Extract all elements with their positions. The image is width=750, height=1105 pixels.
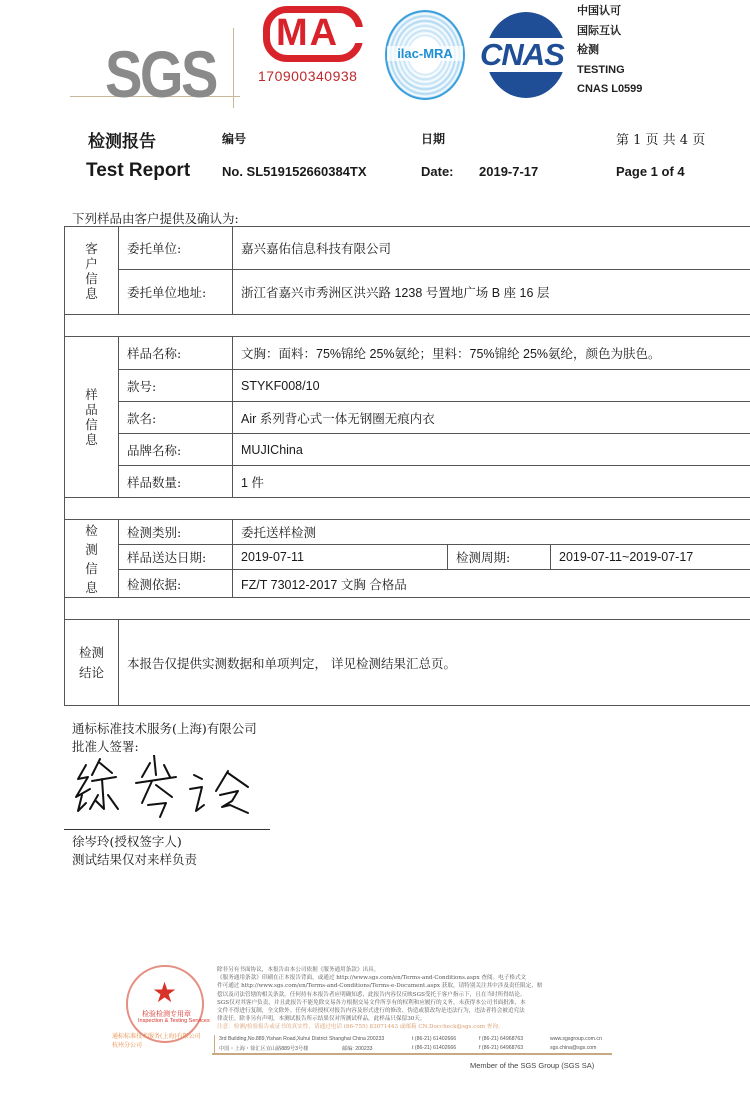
style-name-label: 款名: — [119, 402, 233, 434]
client-group-label: 客户信息 — [65, 227, 119, 315]
address-en: 3rd Building,No.889,Yishan Road,Xuhui Di… — [219, 1036, 366, 1042]
brand-name-label: 品牌名称: — [119, 434, 233, 466]
client-name-label: 委托单位: — [119, 227, 233, 270]
cnas-logo: CNAS — [478, 12, 570, 98]
sample-group-label: 样品信息 — [65, 337, 119, 498]
page-indicator: Page 1 of 4 — [616, 164, 685, 179]
fine-print-line: SGS仅对其客户负责，并且此报告不能免除交易各方根据交易文件所享有的权利和应履行… — [217, 999, 597, 1007]
handwritten-signature-icon — [72, 755, 262, 827]
report-title-en: Test Report — [86, 160, 190, 182]
conclusion-group-label: 检测结论 — [65, 620, 119, 706]
logo-rule-vertical — [233, 28, 234, 108]
cma-letters: MA — [276, 12, 339, 55]
test-type-value: 委托送样检测 — [233, 520, 750, 545]
sample-row: 款名: Air 系列背心式一体无钢圈无痕内衣 — [65, 402, 750, 434]
fine-print-line: 《服务通用条款》印刷在正本报告背面，或通过 http://www.sgs.com… — [217, 974, 597, 982]
fine-print-line: 件可通过 http://www.sgs.com/en/Terms-and-Con… — [217, 982, 597, 990]
cnas-logo-text: CNAS — [478, 38, 566, 72]
cma-number: 170900340938 — [258, 68, 357, 84]
test-type-label: 检测类别: — [119, 520, 233, 545]
ilac-logo-text: ilac-MRA — [387, 46, 463, 61]
cma-logo: MA 170900340938 — [258, 6, 368, 86]
sample-row: 样品数量: 1 件 — [65, 466, 750, 498]
spacer-row — [65, 598, 750, 620]
star-icon: ★ — [152, 979, 177, 1007]
ilac-mra-logo: ilac-MRA — [385, 10, 465, 100]
approver-label: 批准人签署: — [72, 737, 139, 755]
testing-row: 样品送达日期: 2019-07-11 检测周期: 2019-07-11~2019… — [65, 545, 750, 570]
cnas-accreditation-text: 中国认可 国际互认 检测 TESTING CNAS L0599 — [577, 2, 642, 100]
fax-cn: f (86-21) 64968763 — [479, 1045, 523, 1051]
stamp-english-text: Inspection & Testing Services — [138, 1018, 210, 1024]
client-address-label: 委托单位地址: — [119, 270, 233, 315]
test-basis-label: 检测依据: — [119, 570, 233, 598]
report-number-label-cn: 编号 — [222, 130, 246, 147]
sample-name-value: 文胸：面料：75%锦纶 25%氨纶；里料：75%锦纶 25%氨纶，颜色为肤色。 — [233, 337, 750, 370]
test-period-label: 检测周期: — [448, 545, 551, 570]
client-address-value: 浙江省嘉兴市秀洲区洪兴路 1238 号置地广场 B 座 16 层 — [233, 270, 750, 315]
intro-text: 下列样品由客户提供及确认为: — [72, 209, 239, 227]
disclaimer-note: 测试结果仅对来样负责 — [72, 850, 197, 868]
sgs-member-text: Member of the SGS Group (SGS SA) — [470, 1061, 594, 1070]
cnas-line-4: TESTING — [577, 61, 642, 81]
postcode-en: 200233 — [367, 1036, 384, 1042]
testing-row: 检测信息 检测类别: 委托送样检测 — [65, 520, 750, 545]
email-link[interactable]: sgs.china@sgs.com — [550, 1045, 597, 1051]
spacer-row — [65, 498, 750, 520]
cnas-line-3: 检测 — [577, 41, 642, 61]
report-title-cn: 检测报告 — [88, 127, 156, 152]
testing-group-label: 检测信息 — [65, 520, 119, 598]
cnas-line-2: 国际互认 — [577, 22, 642, 42]
cnas-line-1: 中国认可 — [577, 2, 642, 22]
testing-row: 检测依据: FZ/T 73012-2017 文胸 合格品 — [65, 570, 750, 598]
stamp-branch-line: 杭州分公司 — [112, 1040, 142, 1049]
fine-print-line: 律责任。除非另有声明，本测试报告所示结果仅对所测试样品，此样品只保留30天。 — [217, 1015, 597, 1023]
signer-name: 徐岑玲(授权签字人) — [72, 832, 182, 850]
sgs-logo-text: SGS — [105, 36, 216, 112]
style-name-value: Air 系列背心式一体无钢圈无痕内衣 — [233, 402, 750, 434]
spacer-cell — [65, 498, 750, 520]
client-name-value: 嘉兴嘉佑信息科技有限公司 — [233, 227, 750, 270]
official-stamp: ★ 检验检测专用章 Inspection & Testing Services … — [112, 965, 220, 1040]
report-date-label: Date: — [421, 164, 454, 179]
spacer-cell — [65, 315, 750, 337]
website-link[interactable]: www.sgsgroup.com.cn — [550, 1036, 602, 1042]
authenticity-warning: 注意：检测/检验报告或证书的真实性，请通过电话 (86-755) 8307144… — [217, 1023, 597, 1031]
address-cn: 中国・上海・徐汇区宜山路889号3号楼 — [219, 1045, 308, 1052]
cnas-line-5: CNAS L0599 — [577, 80, 642, 100]
test-period-value: 2019-07-11~2019-07-17 — [551, 545, 750, 570]
spacer-cell — [65, 598, 750, 620]
received-date-label: 样品送达日期: — [119, 545, 233, 570]
client-row: 客户信息 委托单位: 嘉兴嘉佑信息科技有限公司 — [65, 227, 750, 270]
sample-row: 样品信息 样品名称: 文胸：面料：75%锦纶 25%氨纶；里料：75%锦纶 25… — [65, 337, 750, 370]
page-indicator-cn: 第 1 页 共 4 页 — [616, 129, 705, 148]
conclusion-row: 检测结论 本报告仅提供实测数据和单项判定， 详见检测结果汇总页。 — [65, 620, 750, 706]
test-basis-value: FZ/T 73012-2017 文胸 合格品 — [233, 570, 750, 598]
sample-row: 品牌名称: MUJIChina — [65, 434, 750, 466]
conclusion-text: 本报告仅提供实测数据和单项判定， 详见检测结果汇总页。 — [119, 620, 750, 706]
lab-company-name: 通标标准技术服务(上海)有限公司 — [72, 719, 257, 737]
received-date-value: 2019-07-11 — [233, 545, 448, 570]
signature-line — [64, 829, 270, 830]
sample-quantity-label: 样品数量: — [119, 466, 233, 498]
sample-row: 款号: STYKF008/10 — [65, 370, 750, 402]
footer-divider-vertical — [214, 1035, 215, 1055]
report-date-value: 2019-7-17 — [479, 164, 538, 179]
fine-print-line: 文件不得进行复制，全文除外。任何未经授权对报告内容及形式进行的修改、伪造或篡改均… — [217, 1007, 597, 1015]
footer-divider — [212, 1053, 612, 1055]
spacer-row — [65, 315, 750, 337]
fax-en: f (86-21) 64968763 — [479, 1036, 523, 1042]
phone-cn: t (86-21) 61402666 — [412, 1045, 456, 1051]
postcode-cn: 邮编: 200233 — [342, 1045, 373, 1052]
fine-print-line: 偿以及司法管辖的相关条款。任何持有本报告者应明确知悉，此报告内容仅反映SGS受托… — [217, 991, 597, 999]
sgs-logo: SGS — [95, 28, 245, 108]
sample-name-label: 样品名称: — [119, 337, 233, 370]
report-info-table: 客户信息 委托单位: 嘉兴嘉佑信息科技有限公司 委托单位地址: 浙江省嘉兴市秀洲… — [64, 226, 750, 706]
sample-quantity-value: 1 件 — [233, 466, 750, 498]
client-row: 委托单位地址: 浙江省嘉兴市秀洲区洪兴路 1238 号置地广场 B 座 16 层 — [65, 270, 750, 315]
report-date-label-cn: 日期 — [421, 130, 445, 147]
fine-print-line: 除非另有书面协议，本报告由本公司依据《服务通用条款》出具。 — [217, 966, 597, 974]
brand-name-value: MUJIChina — [233, 434, 750, 466]
phone-en: t (86-21) 61402666 — [412, 1036, 456, 1042]
stamp-company-line: 通标标准技术服务(上海)有限公司 — [112, 1031, 222, 1040]
style-number-label: 款号: — [119, 370, 233, 402]
report-number: No. SL519152660384TX — [222, 164, 367, 179]
terms-fine-print: 除非另有书面协议，本报告由本公司依据《服务通用条款》出具。 《服务通用条款》印刷… — [217, 966, 597, 1032]
style-number-value: STYKF008/10 — [233, 370, 750, 402]
